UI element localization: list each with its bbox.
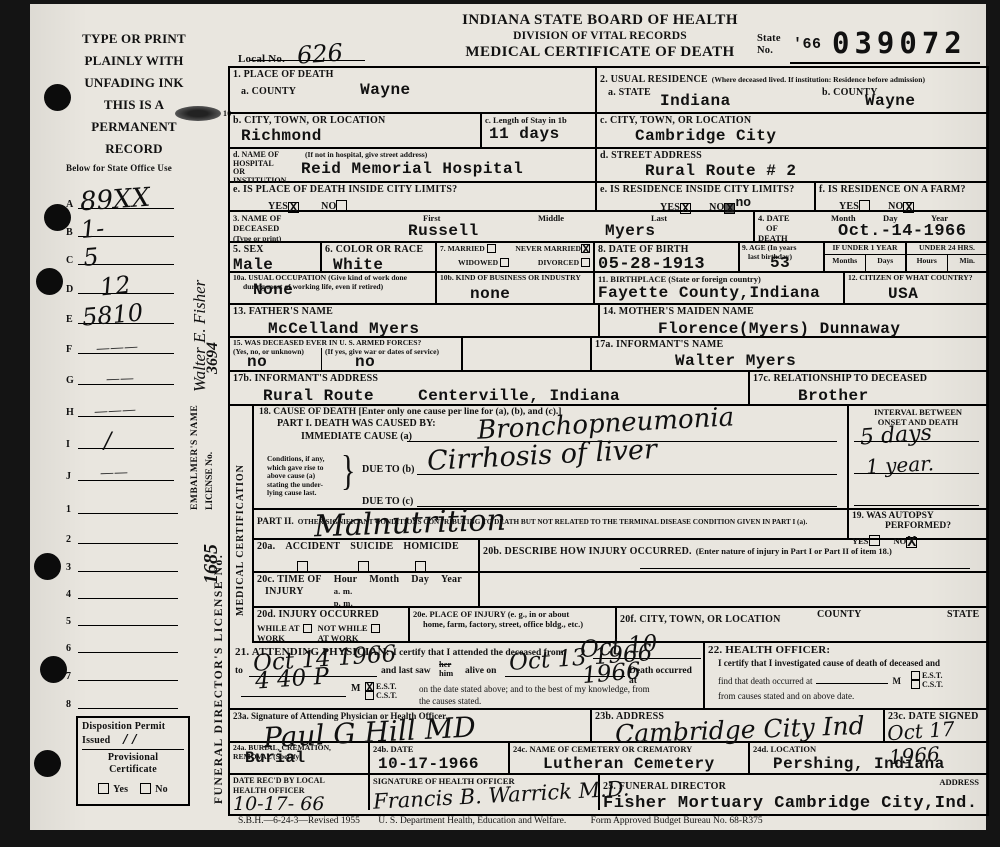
local-no-label: Local No. bbox=[238, 53, 285, 65]
place-of-death-county-value: Wayne bbox=[360, 81, 411, 99]
time-of-death-value: 4 40 P bbox=[254, 663, 330, 694]
row-f-value: ——— bbox=[96, 339, 139, 357]
field-burial-type: 24a. BURIAL, CREMATION, REMOVAL (Specify… bbox=[230, 743, 370, 773]
date-of-birth-value: 05-28-1913 bbox=[598, 256, 735, 274]
row-i-value: / bbox=[104, 429, 111, 454]
hole-punch bbox=[34, 553, 61, 580]
row-10: 17b. INFORMANT'S ADDRESS Rural Route Cen… bbox=[230, 372, 987, 406]
never-married-checkbox: X bbox=[581, 244, 590, 253]
row-20c: 20c. TIME OFINJURY Houra. m.p. m. Month … bbox=[230, 573, 987, 608]
cst-checkbox bbox=[365, 691, 374, 700]
state-no-label: State No. bbox=[757, 33, 781, 57]
him-label: him bbox=[439, 668, 453, 678]
division-title: DIVISION OF VITAL RECORDS bbox=[390, 29, 810, 44]
disposition-date-slashes: / / bbox=[123, 732, 137, 746]
row-18-cause-of-death: 18. CAUSE OF DEATH [Enter only one cause… bbox=[230, 406, 987, 510]
field-place-city: b. CITY, TOWN, OR LOCATION Richmond bbox=[230, 114, 482, 147]
form-footer: S.B.H.—6-24-3—Revised 1955 U. S. Departm… bbox=[238, 816, 763, 826]
state-no-value: 039072 bbox=[832, 26, 967, 60]
place-city-value: Richmond bbox=[241, 127, 477, 145]
funeral-director-license-label: FUNERAL DIRECTOR'S LICENSE No. bbox=[213, 468, 225, 804]
ho-cst-checkbox bbox=[911, 680, 920, 689]
field-informant-address: 17b. INFORMANT'S ADDRESS Rural Route Cen… bbox=[230, 372, 750, 404]
fathers-name-value: McCelland Myers bbox=[268, 320, 595, 338]
widowed-checkbox bbox=[500, 258, 509, 267]
state-no-year: '66 bbox=[793, 36, 822, 54]
embalmer-name-label: EMBALMER'S NAME bbox=[190, 376, 200, 510]
row-j-value: —— bbox=[100, 465, 129, 482]
field-marital-status: 7. MARRIED NEVER MARRIEDX WIDOWED DIVORC… bbox=[437, 243, 595, 271]
citizen-value: USA bbox=[888, 285, 984, 303]
row-20a: 20a. ACCIDENT SUICIDE HOMICIDE 20b. DESC… bbox=[230, 540, 987, 573]
birthplace-value: Fayette County,Indiana bbox=[598, 284, 840, 302]
oval-stamp bbox=[175, 106, 221, 121]
row-7: 10a. USUAL OCCUPATION (Give kind of work… bbox=[230, 273, 987, 305]
field-autopsy: 19. WAS AUTOPSY PERFORMED? YES NOX bbox=[849, 510, 987, 538]
residence-farm-yes-checkbox bbox=[859, 200, 870, 211]
residence-city-value: Cambridge City bbox=[635, 127, 984, 145]
field-physician-signature: 23a. Signature of Attending Physician or… bbox=[230, 710, 592, 741]
first-name-value: Russell bbox=[408, 222, 479, 240]
suicide-checkbox bbox=[358, 561, 369, 572]
field-informant-name: 17a. INFORMANT'S NAME Walter Myers bbox=[592, 338, 987, 370]
office-use-label: Below for State Office Use bbox=[66, 162, 172, 174]
injury-answer-line bbox=[640, 568, 970, 569]
burial-date-value: 10-17-1966 bbox=[378, 755, 505, 773]
cemetery-name-value: Lutheran Cemetery bbox=[543, 755, 745, 773]
conditions-brace: } bbox=[341, 448, 355, 496]
field-interval-onset-death: INTERVAL BETWEEN ONSET AND DEATH 5 days … bbox=[849, 406, 987, 508]
row-25: DATE REC'D BY LOCAL HEALTH OFFICER 10-17… bbox=[230, 775, 987, 810]
death-certificate-scan: Local No. 626 INDIANA STATE BOARD OF HEA… bbox=[0, 0, 1000, 847]
certificate-form: 1. PLACE OF DEATH a. COUNTY Wayne 2. USU… bbox=[228, 66, 989, 816]
field-usual-occupation: 10a. USUAL OCCUPATION (Give kind of work… bbox=[230, 273, 437, 303]
field-usual-residence: 2. USUAL RESIDENCE (Where deceased lived… bbox=[597, 68, 987, 112]
field-sex: 5. SEX Male bbox=[230, 243, 322, 271]
row-4: e. IS PLACE OF DEATH INSIDE CITY LIMITS?… bbox=[230, 183, 987, 212]
age-value: 53 bbox=[770, 254, 821, 272]
field-relationship: 17c. RELATIONSHIP TO DECEASED Brother bbox=[750, 372, 987, 404]
field-accident-suicide-homicide: 20a. ACCIDENT SUICIDE HOMICIDE bbox=[254, 540, 480, 571]
homicide-checkbox bbox=[415, 561, 426, 572]
residence-city-limits-typed-no: no bbox=[735, 195, 751, 210]
field-armed-forces: 15. WAS DECEASED EVER IN U. S. ARMED FOR… bbox=[230, 338, 463, 370]
street-address-value: Rural Route # 2 bbox=[645, 162, 984, 180]
field-place-of-death: 1. PLACE OF DEATH a. COUNTY Wayne bbox=[230, 68, 597, 112]
date-received-value: 10-17- 66 bbox=[233, 793, 365, 815]
row-2: b. CITY, TOWN, OR LOCATION Richmond c. L… bbox=[230, 114, 987, 149]
local-no-value: 626 bbox=[296, 38, 344, 69]
row-9: 15. WAS DECEASED EVER IN U. S. ARMED FOR… bbox=[230, 338, 987, 372]
row-e-value: 5810 bbox=[81, 298, 144, 331]
part-2-value: Malnutrition bbox=[313, 503, 506, 545]
field-under-24-hrs: UNDER 24 HRS. Hours Min. bbox=[907, 243, 987, 271]
state-office-rows: A89XX B C1-5 D12 E5810 F——— G—— H——— I/ … bbox=[66, 186, 69, 485]
hole-punch bbox=[34, 750, 61, 777]
permanent-record-notice: TYPE OR PRINT PLAINLY WITH UNFADING INK … bbox=[58, 28, 210, 160]
field-describe-injury: 20b. DESCRIBE HOW INJURY OCCURRED. (Ente… bbox=[480, 540, 987, 571]
hole-punch bbox=[36, 268, 63, 295]
row-6: 5. SEX Male 6. COLOR OR RACE White 7. MA… bbox=[230, 243, 987, 273]
residence-state-value: Indiana bbox=[660, 92, 731, 110]
death-city-limits-no-checkbox bbox=[336, 200, 347, 211]
row-h-value: ——— bbox=[94, 402, 137, 420]
field-cemetery-name: 24c. NAME OF CEMETERY OR CREMATORY Luthe… bbox=[510, 743, 750, 773]
last-name-value: Myers bbox=[605, 222, 656, 240]
length-of-stay-value: 11 days bbox=[489, 125, 592, 143]
informant-address-value-2: Centerville, Indiana bbox=[418, 387, 620, 405]
field-residence-city: c. CITY, TOWN, OR LOCATION Cambridge Cit… bbox=[597, 114, 987, 147]
row-24: 24a. BURIAL, CREMATION, REMOVAL (Specify… bbox=[230, 743, 987, 775]
divorced-checkbox bbox=[581, 258, 590, 267]
relationship-value: Brother bbox=[798, 387, 984, 405]
field-birthplace: 11. BIRTHPLACE (State or foreign country… bbox=[595, 273, 845, 303]
funeral-director-value: Fisher Mortuary Cambridge City,Ind. bbox=[603, 795, 984, 813]
field-age: 9. AGE (In years last birthday) 53 bbox=[740, 243, 825, 271]
residence-county-value: Wayne bbox=[865, 92, 916, 110]
disposition-permit-box: Disposition Permit Issued / / Provisiona… bbox=[76, 716, 190, 806]
field-funeral-director: 25. FUNERAL DIRECTOR ADDRESS Fisher Mort… bbox=[600, 775, 987, 810]
medical-certification-strip: MEDICAL CERTIFICATION bbox=[230, 406, 254, 643]
row-part-2: PART II. OTHER SIGNIFICANT CONDITIONS CO… bbox=[230, 510, 987, 540]
field-part-2-conditions: PART II. OTHER SIGNIFICANT CONDITIONS CO… bbox=[254, 510, 849, 538]
field-street-address: d. STREET ADDRESS Rural Route # 2 bbox=[597, 149, 987, 181]
hole-punch bbox=[40, 656, 67, 683]
row-1: 1. PLACE OF DEATH a. COUNTY Wayne 2. USU… bbox=[230, 68, 987, 114]
sex-value: Male bbox=[233, 256, 317, 274]
informant-address-value-1: Rural Route bbox=[263, 387, 374, 405]
field-burial-date: 24b. DATE 10-17-1966 bbox=[370, 743, 510, 773]
row-d-value: 12 bbox=[99, 270, 132, 301]
accident-checkbox bbox=[297, 561, 308, 572]
field-attending-physician: 21. ATTENDING PHYSICIAN: I certify that … bbox=[230, 643, 705, 708]
field-residence-on-farm: f. IS RESIDENCE ON A FARM? YES NOX bbox=[816, 183, 987, 210]
row-5: 3. NAME OFDECEASED(Type or print) First … bbox=[230, 212, 987, 243]
while-at-work-checkbox bbox=[303, 624, 312, 633]
field-if-under-1-year: IF UNDER 1 YEAR Months Days bbox=[825, 243, 907, 271]
informant-name-value: Walter Myers bbox=[675, 352, 984, 370]
field-date-received: DATE REC'D BY LOCAL HEALTH OFFICER 10-17… bbox=[230, 775, 370, 810]
field-kind-of-business: 10b. KIND OF BUSINESS OR INDUSTRY none bbox=[437, 273, 595, 303]
row-c-value: 1-5 bbox=[80, 214, 108, 272]
field-cemetery-location: 24d. LOCATION Pershing, Indiana bbox=[750, 743, 987, 773]
local-no-line bbox=[250, 60, 365, 61]
local-no: Local No. 626 bbox=[238, 40, 343, 68]
row-23: 23a. Signature of Attending Physician or… bbox=[230, 710, 987, 743]
race-value: White bbox=[333, 256, 432, 274]
hospital-name-value: Reid Memorial Hospital bbox=[301, 160, 523, 178]
field-date-of-birth: 8. DATE OF BIRTH 05-28-1913 bbox=[595, 243, 740, 271]
field-date-signed: 23c. DATE SIGNED Oct 17 1966 bbox=[885, 710, 987, 741]
medical-certification-label: MEDICAL CERTIFICATION bbox=[235, 436, 246, 616]
burial-type-value: Burial bbox=[245, 749, 365, 767]
cemetery-location-value: Pershing, Indiana bbox=[773, 755, 984, 773]
field-fathers-name: 13. FATHER'S NAME McCelland Myers bbox=[230, 305, 600, 336]
state-no-line bbox=[790, 62, 980, 64]
date-of-death-value: Oct.-14-1966 bbox=[838, 223, 966, 241]
row-a-value: 89XX bbox=[79, 183, 151, 218]
embalmer-license-value: 3694 bbox=[204, 314, 222, 374]
field-blank-16 bbox=[463, 338, 592, 370]
field-hospital-name: d. NAME OFHOSPITAL ORINSTITUTION (If not… bbox=[230, 149, 597, 181]
certificate-title: MEDICAL CERTIFICATE OF DEATH bbox=[390, 44, 810, 61]
mothers-name-value: Florence(Myers) Dunnaway bbox=[658, 320, 984, 338]
row-8: 13. FATHER'S NAME McCelland Myers 14. MO… bbox=[230, 305, 987, 338]
business-value: none bbox=[470, 285, 590, 303]
married-checkbox bbox=[487, 244, 496, 253]
form-header: INDIANA STATE BOARD OF HEALTH DIVISION O… bbox=[390, 12, 810, 61]
field-mothers-maiden-name: 14. MOTHER'S MAIDEN NAME Florence(Myers)… bbox=[600, 305, 987, 336]
field-length-of-stay: c. Length of Stay in 1b 11 days bbox=[482, 114, 597, 147]
field-cause-of-death: 18. CAUSE OF DEATH [Enter only one cause… bbox=[254, 406, 849, 508]
field-physician-address: 23b. ADDRESS Cambridge City Ind bbox=[592, 710, 885, 741]
field-color-or-race: 6. COLOR OR RACE White bbox=[322, 243, 437, 271]
est-checkbox: X bbox=[365, 682, 374, 691]
row-21: 21. ATTENDING PHYSICIAN: I certify that … bbox=[230, 643, 987, 710]
provisional-yes-checkbox bbox=[98, 783, 109, 794]
row-3: d. NAME OFHOSPITAL ORINSTITUTION (If not… bbox=[230, 149, 987, 183]
middle-name-header: Middle bbox=[538, 213, 564, 223]
field-time-of-injury: 20c. TIME OFINJURY Houra. m.p. m. Month … bbox=[254, 573, 480, 606]
row-g-value: —— bbox=[106, 371, 135, 388]
field-time-of-injury-blank bbox=[480, 573, 987, 606]
field-injury-occurred: 20d. INJURY OCCURRED WHILE ATWORK NOT WH… bbox=[254, 608, 410, 641]
field-citizen-of: 12. CITIZEN OF WHAT COUNTRY? USA bbox=[845, 273, 987, 303]
ho-est-checkbox bbox=[911, 671, 920, 680]
provisional-no-checkbox bbox=[140, 783, 151, 794]
agency-title: INDIANA STATE BOARD OF HEALTH bbox=[390, 12, 810, 29]
field-health-officer: 22. HEALTH OFFICER: I certify that I inv… bbox=[705, 643, 987, 708]
field-residence-inside-city-limits: e. IS RESIDENCE INSIDE CITY LIMITS? YESX… bbox=[597, 183, 816, 210]
field-death-inside-city-limits: e. IS PLACE OF DEATH INSIDE CITY LIMITS?… bbox=[230, 183, 597, 210]
field-name-of-deceased: 3. NAME OFDECEASED(Type or print) First … bbox=[230, 212, 755, 241]
not-while-at-work-checkbox bbox=[371, 624, 380, 633]
field-date-of-death: 4. DATEOFDEATH Month Day Year Oct.-14-19… bbox=[755, 212, 987, 241]
field-health-officer-signature: SIGNATURE OF HEALTH OFFICER Francis B. W… bbox=[370, 775, 600, 810]
